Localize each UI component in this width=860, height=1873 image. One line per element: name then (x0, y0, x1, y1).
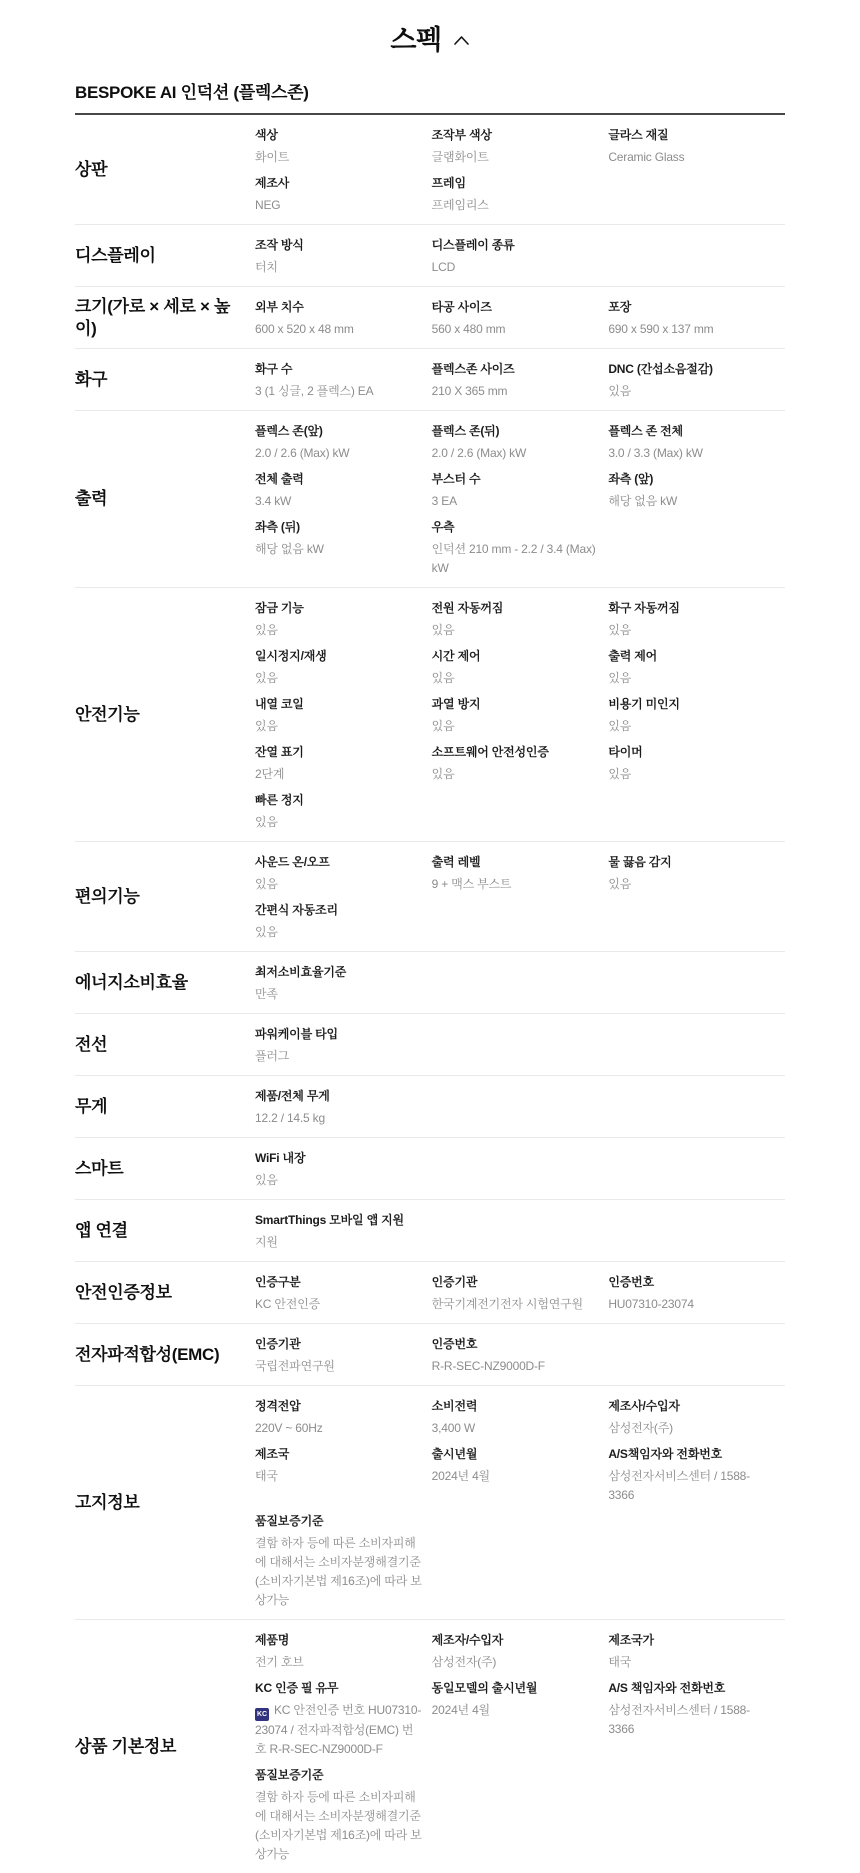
spec-item-value: 만족 (255, 985, 422, 1004)
spec-item-label: 글라스 재질 (608, 128, 775, 142)
chevron-up-icon (453, 34, 470, 49)
spec-item-label: 출시년월 (432, 1447, 599, 1461)
spec-item: 빠른 정지있음 (255, 793, 432, 832)
spec-item-value: 있음 (432, 765, 599, 784)
spec-item-value: 있음 (255, 813, 422, 832)
spec-item-label: 인증기관 (255, 1337, 422, 1351)
spec-item-label: 시간 제어 (432, 649, 599, 663)
spec-item-label: 플렉스 존(앞) (255, 424, 422, 438)
spec-item: 부스터 수3 EA (432, 472, 609, 511)
spec-item-value: 3 EA (432, 492, 599, 511)
spec-item-value: 전기 호브 (255, 1653, 422, 1672)
spec-item-value: 삼성전자(주) (432, 1653, 599, 1672)
spec-item-value: 있음 (255, 923, 422, 942)
spec-item-label: DNC (간섭소음절감) (608, 362, 775, 376)
spec-item-value: NEG (255, 196, 422, 215)
spec-category-label: 화구 (75, 369, 255, 391)
spec-item-value: 있음 (608, 382, 775, 401)
spec-item: 인증기관국립전파연구원 (255, 1337, 432, 1376)
spec-item-value: KC 안전인증 (255, 1295, 422, 1314)
spec-item-value: 3,400 W (432, 1419, 599, 1438)
spec-item-label: WiFi 내장 (255, 1151, 422, 1165)
spec-row: 디스플레이조작 방식터치디스플레이 종류LCD (75, 225, 785, 287)
spec-item-value: 삼성전자서비스센터 / 1588-3366 (608, 1467, 775, 1505)
spec-item-value: 3 (1 싱글, 2 플렉스) EA (255, 382, 422, 401)
spec-item-label: 플렉스 존(뒤) (432, 424, 599, 438)
spec-item-value: 2024년 4월 (432, 1701, 599, 1720)
spec-item: A/S 책임자와 전화번호삼성전자서비스센터 / 1588-3366 (608, 1681, 785, 1739)
spec-items-grid: 색상화이트조작부 색상글램화이트글라스 재질Ceramic Glass제조사NE… (255, 115, 785, 224)
spec-item-value: 삼성전자서비스센터 / 1588-3366 (608, 1701, 775, 1739)
spec-item: 글라스 재질Ceramic Glass (608, 128, 785, 167)
spec-item: 좌측 (뒤)해당 없음 kW (255, 520, 432, 559)
spec-items-grid: 플렉스 존(앞)2.0 / 2.6 (Max) kW플렉스 존(뒤)2.0 / … (255, 411, 785, 587)
spec-item-label: 동일모델의 출시년월 (432, 1681, 599, 1695)
spec-items-grid: SmartThings 모바일 앱 지원지원 (255, 1200, 785, 1261)
spec-item: 인증구분KC 안전인증 (255, 1275, 432, 1314)
spec-rows: 상판색상화이트조작부 색상글램화이트글라스 재질Ceramic Glass제조사… (75, 115, 785, 1873)
spec-items-grid: 조작 방식터치디스플레이 종류LCD (255, 225, 785, 286)
spec-item: 제조사NEG (255, 176, 432, 215)
spec-section: BESPOKE AI 인덕션 (플렉스존) 상판색상화이트조작부 색상글램화이트… (75, 82, 785, 1873)
spec-item-value: 터치 (255, 258, 422, 277)
spec-item-value: 있음 (432, 621, 599, 640)
spec-item-label: KC 인증 필 유무 (255, 1681, 422, 1695)
spec-item: SmartThings 모바일 앱 지원지원 (255, 1213, 432, 1252)
spec-item: 제조국가태국 (608, 1633, 785, 1672)
spec-item-label: A/S 책임자와 전화번호 (608, 1681, 775, 1695)
spec-item-label: 타공 사이즈 (432, 300, 599, 314)
spec-item-value: 태국 (608, 1653, 775, 1672)
spec-item-value: 있음 (608, 669, 775, 688)
spec-category-label: 상판 (75, 159, 255, 181)
spec-item-value: HU07310-23074 (608, 1295, 775, 1314)
spec-item: 인증번호HU07310-23074 (608, 1275, 785, 1314)
spec-item-value: 화이트 (255, 148, 422, 167)
spec-row: 출력플렉스 존(앞)2.0 / 2.6 (Max) kW플렉스 존(뒤)2.0 … (75, 411, 785, 588)
spec-item-value: 2.0 / 2.6 (Max) kW (255, 444, 422, 463)
spec-category-label: 앱 연결 (75, 1220, 255, 1242)
spec-item-label: 과열 방지 (432, 697, 599, 711)
spec-item: 물 끓음 감지있음 (608, 855, 785, 894)
spec-category-label: 안전인증정보 (75, 1282, 255, 1304)
spec-item-value: 삼성전자(주) (608, 1419, 775, 1438)
spec-item: 제조사/수입자삼성전자(주) (608, 1399, 785, 1438)
page-title: 스펙 (390, 24, 441, 56)
spec-item: 우측인덕션 210 mm - 2.2 / 3.4 (Max) kW (432, 520, 609, 578)
spec-item-label: 출력 레벨 (432, 855, 599, 869)
spec-item-value: 있음 (608, 621, 775, 640)
spec-item-label: 포장 (608, 300, 775, 314)
spec-item: 화구 수3 (1 싱글, 2 플렉스) EA (255, 362, 432, 401)
spec-page: 스펙 BESPOKE AI 인덕션 (플렉스존) 상판색상화이트조작부 색상글램… (0, 0, 860, 1873)
spec-item-value: 프레임리스 (432, 196, 599, 215)
spec-header: 스펙 (0, 0, 860, 56)
spec-category-label: 크기(가로 × 세로 × 높이) (75, 296, 255, 340)
spec-category-label: 전자파적합성(EMC) (75, 1344, 255, 1366)
spec-item: 비용기 미인지있음 (608, 697, 785, 736)
spec-item-label: 소프트웨어 안전성인증 (432, 745, 599, 759)
spec-items-grid: 제품명전기 호브제조자/수입자삼성전자(주)제조국가태국KC 인증 필 유무KC… (255, 1620, 785, 1873)
spec-item: 전원 자동꺼짐있음 (432, 601, 609, 640)
spec-item-value: 한국기계전기전자 시험연구원 (432, 1295, 599, 1314)
spec-item-value: Ceramic Glass (608, 148, 775, 167)
spec-items-grid: 외부 치수600 x 520 x 48 mm타공 사이즈560 x 480 mm… (255, 287, 785, 348)
spec-item: 품질보증기준결함 하자 등에 따른 소비자피해에 대해서는 소비자분쟁해결기준(… (255, 1514, 432, 1610)
spec-item-value: 있음 (608, 765, 775, 784)
spec-item: 제조국태국 (255, 1447, 432, 1486)
spec-item-label: 일시정지/재생 (255, 649, 422, 663)
spec-item-label: 잔열 표기 (255, 745, 422, 759)
spec-item: 플렉스 존(앞)2.0 / 2.6 (Max) kW (255, 424, 432, 463)
spec-item: 출시년월2024년 4월 (432, 1447, 609, 1486)
spec-category-label: 전선 (75, 1034, 255, 1056)
spec-items-grid: 인증구분KC 안전인증인증기관한국기계전기전자 시험연구원인증번호HU07310… (255, 1262, 785, 1323)
spec-item: 색상화이트 (255, 128, 432, 167)
spec-item: 좌측 (앞)해당 없음 kW (608, 472, 785, 511)
spec-item-label: 인증번호 (432, 1337, 599, 1351)
spec-item: 내열 코일있음 (255, 697, 432, 736)
spec-item-label: 제품명 (255, 1633, 422, 1647)
spec-items-grid: 사운드 온/오프있음출력 레벨9 + 맥스 부스트물 끓음 감지있음간편식 자동… (255, 842, 785, 951)
spec-item-label: 간편식 자동조리 (255, 903, 422, 917)
spec-item-label: 정격전압 (255, 1399, 422, 1413)
spec-item-label: 좌측 (앞) (608, 472, 775, 486)
spec-item-label: 인증기관 (432, 1275, 599, 1289)
spec-item-value: 해당 없음 kW (255, 540, 422, 559)
spec-row: 전선파워케이블 타입플러그 (75, 1014, 785, 1076)
spec-row: 화구화구 수3 (1 싱글, 2 플렉스) EA플렉스존 사이즈210 X 36… (75, 349, 785, 411)
spec-item-label: 타이머 (608, 745, 775, 759)
spec-item-value: 있음 (255, 669, 422, 688)
spec-item-label: 파워케이블 타입 (255, 1027, 422, 1041)
spec-row: 무게제품/전체 무게12.2 / 14.5 kg (75, 1076, 785, 1138)
spec-category-label: 디스플레이 (75, 245, 255, 267)
spec-item: 간편식 자동조리있음 (255, 903, 432, 942)
spec-item-value: 3.0 / 3.3 (Max) kW (608, 444, 775, 463)
spec-item: 시간 제어있음 (432, 649, 609, 688)
spec-item-label: 조작 방식 (255, 238, 422, 252)
spec-category-label: 출력 (75, 488, 255, 510)
product-name-heading: BESPOKE AI 인덕션 (플렉스존) (75, 82, 785, 104)
spec-item: DNC (간섭소음절감)있음 (608, 362, 785, 401)
spec-item-label: SmartThings 모바일 앱 지원 (255, 1213, 422, 1227)
spec-item-label: 잠금 기능 (255, 601, 422, 615)
spec-item: 소프트웨어 안전성인증있음 (432, 745, 609, 784)
spec-item: 플렉스 존 전체3.0 / 3.3 (Max) kW (608, 424, 785, 463)
spec-items-grid: 화구 수3 (1 싱글, 2 플렉스) EA플렉스존 사이즈210 X 365 … (255, 349, 785, 410)
spec-item: 조작부 색상글램화이트 (432, 128, 609, 167)
spec-category-label: 무게 (75, 1096, 255, 1118)
spec-item-label: 외부 치수 (255, 300, 422, 314)
spec-item-label: 내열 코일 (255, 697, 422, 711)
spec-item-label: 제조국가 (608, 1633, 775, 1647)
spec-item-value: 국립전파연구원 (255, 1357, 422, 1376)
spec-item: 프레임프레임리스 (432, 176, 609, 215)
spec-item-value: R-R-SEC-NZ9000D-F (432, 1357, 599, 1376)
spec-collapse-toggle[interactable]: 스펙 (390, 24, 469, 56)
spec-category-label: 편의기능 (75, 886, 255, 908)
spec-item-value: 글램화이트 (432, 148, 599, 167)
spec-item-label: 제조자/수입자 (432, 1633, 599, 1647)
spec-item-label: 비용기 미인지 (608, 697, 775, 711)
spec-item: KC 인증 필 유무KCKC 안전인증 번호 HU07310-23074 / 전… (255, 1681, 432, 1759)
spec-item: 제품명전기 호브 (255, 1633, 432, 1672)
spec-item: 인증번호R-R-SEC-NZ9000D-F (432, 1337, 609, 1376)
spec-item: 외부 치수600 x 520 x 48 mm (255, 300, 432, 339)
spec-row: 편의기능사운드 온/오프있음출력 레벨9 + 맥스 부스트물 끓음 감지있음간편… (75, 842, 785, 952)
spec-item: 플렉스 존(뒤)2.0 / 2.6 (Max) kW (432, 424, 609, 463)
spec-item-value: 인덕션 210 mm - 2.2 / 3.4 (Max) kW (432, 540, 599, 578)
spec-item-label: 전체 출력 (255, 472, 422, 486)
spec-item-label: 플렉스 존 전체 (608, 424, 775, 438)
spec-item-label: 제품/전체 무게 (255, 1089, 422, 1103)
spec-item-value: 있음 (255, 717, 422, 736)
spec-item-label: 소비전력 (432, 1399, 599, 1413)
spec-row: 크기(가로 × 세로 × 높이)외부 치수600 x 520 x 48 mm타공… (75, 287, 785, 349)
spec-item-label: 색상 (255, 128, 422, 142)
spec-category-label: 안전기능 (75, 704, 255, 726)
spec-item: 타공 사이즈560 x 480 mm (432, 300, 609, 339)
spec-item: 포장690 x 590 x 137 mm (608, 300, 785, 339)
spec-item-value: 태국 (255, 1467, 422, 1486)
spec-item: 타이머있음 (608, 745, 785, 784)
spec-item-value: 플러그 (255, 1047, 422, 1066)
spec-category-label: 고지정보 (75, 1492, 255, 1514)
spec-item-label: 빠른 정지 (255, 793, 422, 807)
spec-item: 잔열 표기2단계 (255, 745, 432, 784)
spec-item-value: KCKC 안전인증 번호 HU07310-23074 / 전자파적합성(EMC)… (255, 1701, 422, 1759)
spec-item-label: 플렉스존 사이즈 (432, 362, 599, 376)
spec-item-value: 결함 하자 등에 따른 소비자피해에 대해서는 소비자분쟁해결기준(소비자기본법… (255, 1788, 422, 1864)
spec-row: 안전기능잠금 기능있음전원 자동꺼짐있음화구 자동꺼짐있음일시정지/재생있음시간… (75, 588, 785, 842)
spec-item-label: 물 끓음 감지 (608, 855, 775, 869)
spec-item-label: 제조사 (255, 176, 422, 190)
spec-item-value: 있음 (255, 1171, 422, 1190)
spec-item: 소비전력3,400 W (432, 1399, 609, 1438)
spec-item: 플렉스존 사이즈210 X 365 mm (432, 362, 609, 401)
spec-items-grid: 파워케이블 타입플러그 (255, 1014, 785, 1075)
spec-item-label: 디스플레이 종류 (432, 238, 599, 252)
spec-item-label: 좌측 (뒤) (255, 520, 422, 534)
spec-item: WiFi 내장있음 (255, 1151, 432, 1190)
spec-item: 사운드 온/오프있음 (255, 855, 432, 894)
spec-item: 전체 출력3.4 kW (255, 472, 432, 511)
spec-item: 동일모델의 출시년월2024년 4월 (432, 1681, 609, 1720)
spec-item-value: 있음 (255, 875, 422, 894)
spec-items-grid: 정격전압220V ~ 60Hz소비전력3,400 W제조사/수입자삼성전자(주)… (255, 1386, 785, 1619)
kc-certification-mark-icon: KC (255, 1708, 269, 1721)
spec-item-label: 부스터 수 (432, 472, 599, 486)
spec-item: 화구 자동꺼짐있음 (608, 601, 785, 640)
spec-row: 전자파적합성(EMC)인증기관국립전파연구원인증번호R-R-SEC-NZ9000… (75, 1324, 785, 1386)
spec-item-label: 전원 자동꺼짐 (432, 601, 599, 615)
spec-item-label: 품질보증기준 (255, 1514, 422, 1528)
spec-item: 출력 제어있음 (608, 649, 785, 688)
spec-item: 조작 방식터치 (255, 238, 432, 277)
spec-item-value: 결함 하자 등에 따른 소비자피해에 대해서는 소비자분쟁해결기준(소비자기본법… (255, 1534, 422, 1610)
spec-item: 디스플레이 종류LCD (432, 238, 609, 277)
spec-row: 안전인증정보인증구분KC 안전인증인증기관한국기계전기전자 시험연구원인증번호H… (75, 1262, 785, 1324)
spec-item-value: 3.4 kW (255, 492, 422, 511)
spec-item-value: 있음 (432, 669, 599, 688)
spec-item-label: 인증번호 (608, 1275, 775, 1289)
spec-row: 상판색상화이트조작부 색상글램화이트글라스 재질Ceramic Glass제조사… (75, 115, 785, 225)
spec-item-value: 있음 (255, 621, 422, 640)
spec-item-value: 220V ~ 60Hz (255, 1419, 422, 1438)
spec-item-value: 210 X 365 mm (432, 382, 599, 401)
spec-item-value: 12.2 / 14.5 kg (255, 1109, 422, 1128)
spec-category-label: 스마트 (75, 1158, 255, 1180)
spec-item-label: 화구 자동꺼짐 (608, 601, 775, 615)
spec-row: 고지정보정격전압220V ~ 60Hz소비전력3,400 W제조사/수입자삼성전… (75, 1386, 785, 1620)
spec-items-grid: 잠금 기능있음전원 자동꺼짐있음화구 자동꺼짐있음일시정지/재생있음시간 제어있… (255, 588, 785, 841)
spec-item: 인증기관한국기계전기전자 시험연구원 (432, 1275, 609, 1314)
spec-item-label: 품질보증기준 (255, 1768, 422, 1782)
spec-items-grid: WiFi 내장있음 (255, 1138, 785, 1199)
spec-item-label: 우측 (432, 520, 599, 534)
spec-item-label: 인증구분 (255, 1275, 422, 1289)
spec-item-label: 프레임 (432, 176, 599, 190)
spec-item-value: 690 x 590 x 137 mm (608, 320, 775, 339)
spec-item-value: 2단계 (255, 765, 422, 784)
spec-item-value: 있음 (432, 717, 599, 736)
spec-category-label: 상품 기본정보 (75, 1736, 255, 1758)
spec-item-value: 2.0 / 2.6 (Max) kW (432, 444, 599, 463)
spec-item: 일시정지/재생있음 (255, 649, 432, 688)
spec-item: 제품/전체 무게12.2 / 14.5 kg (255, 1089, 432, 1128)
spec-item-label: 사운드 온/오프 (255, 855, 422, 869)
spec-item-label: 최저소비효율기준 (255, 965, 422, 979)
spec-row: 상품 기본정보제품명전기 호브제조자/수입자삼성전자(주)제조국가태국KC 인증… (75, 1620, 785, 1873)
spec-items-grid: 인증기관국립전파연구원인증번호R-R-SEC-NZ9000D-F (255, 1324, 785, 1385)
spec-item: 잠금 기능있음 (255, 601, 432, 640)
spec-item: 품질보증기준결함 하자 등에 따른 소비자피해에 대해서는 소비자분쟁해결기준(… (255, 1768, 432, 1864)
spec-item-label: A/S책임자와 전화번호 (608, 1447, 775, 1461)
spec-item: 제조자/수입자삼성전자(주) (432, 1633, 609, 1672)
spec-item: A/S책임자와 전화번호삼성전자서비스센터 / 1588-3366 (608, 1447, 785, 1505)
spec-items-grid: 최저소비효율기준만족 (255, 952, 785, 1013)
spec-item: 출력 레벨9 + 맥스 부스트 (432, 855, 609, 894)
spec-item-value: 9 + 맥스 부스트 (432, 875, 599, 894)
spec-row: 에너지소비효율최저소비효율기준만족 (75, 952, 785, 1014)
spec-item-value: 600 x 520 x 48 mm (255, 320, 422, 339)
spec-item-value: 있음 (608, 717, 775, 736)
spec-row: 스마트WiFi 내장있음 (75, 1138, 785, 1200)
spec-item-label: 제조사/수입자 (608, 1399, 775, 1413)
spec-item-value: LCD (432, 258, 599, 277)
spec-item: 파워케이블 타입플러그 (255, 1027, 432, 1066)
spec-item: 최저소비효율기준만족 (255, 965, 432, 1004)
spec-item-value: 해당 없음 kW (608, 492, 775, 511)
spec-item-value: 있음 (608, 875, 775, 894)
spec-item-label: 조작부 색상 (432, 128, 599, 142)
spec-category-label: 에너지소비효율 (75, 972, 255, 994)
spec-item-label: 화구 수 (255, 362, 422, 376)
spec-item-value: 2024년 4월 (432, 1467, 599, 1486)
spec-item-value: 560 x 480 mm (432, 320, 599, 339)
spec-item-label: 출력 제어 (608, 649, 775, 663)
spec-item-label: 제조국 (255, 1447, 422, 1461)
spec-items-grid: 제품/전체 무게12.2 / 14.5 kg (255, 1076, 785, 1137)
spec-row: 앱 연결SmartThings 모바일 앱 지원지원 (75, 1200, 785, 1262)
spec-item: 정격전압220V ~ 60Hz (255, 1399, 432, 1438)
spec-item-value: 지원 (255, 1233, 422, 1252)
spec-item: 과열 방지있음 (432, 697, 609, 736)
